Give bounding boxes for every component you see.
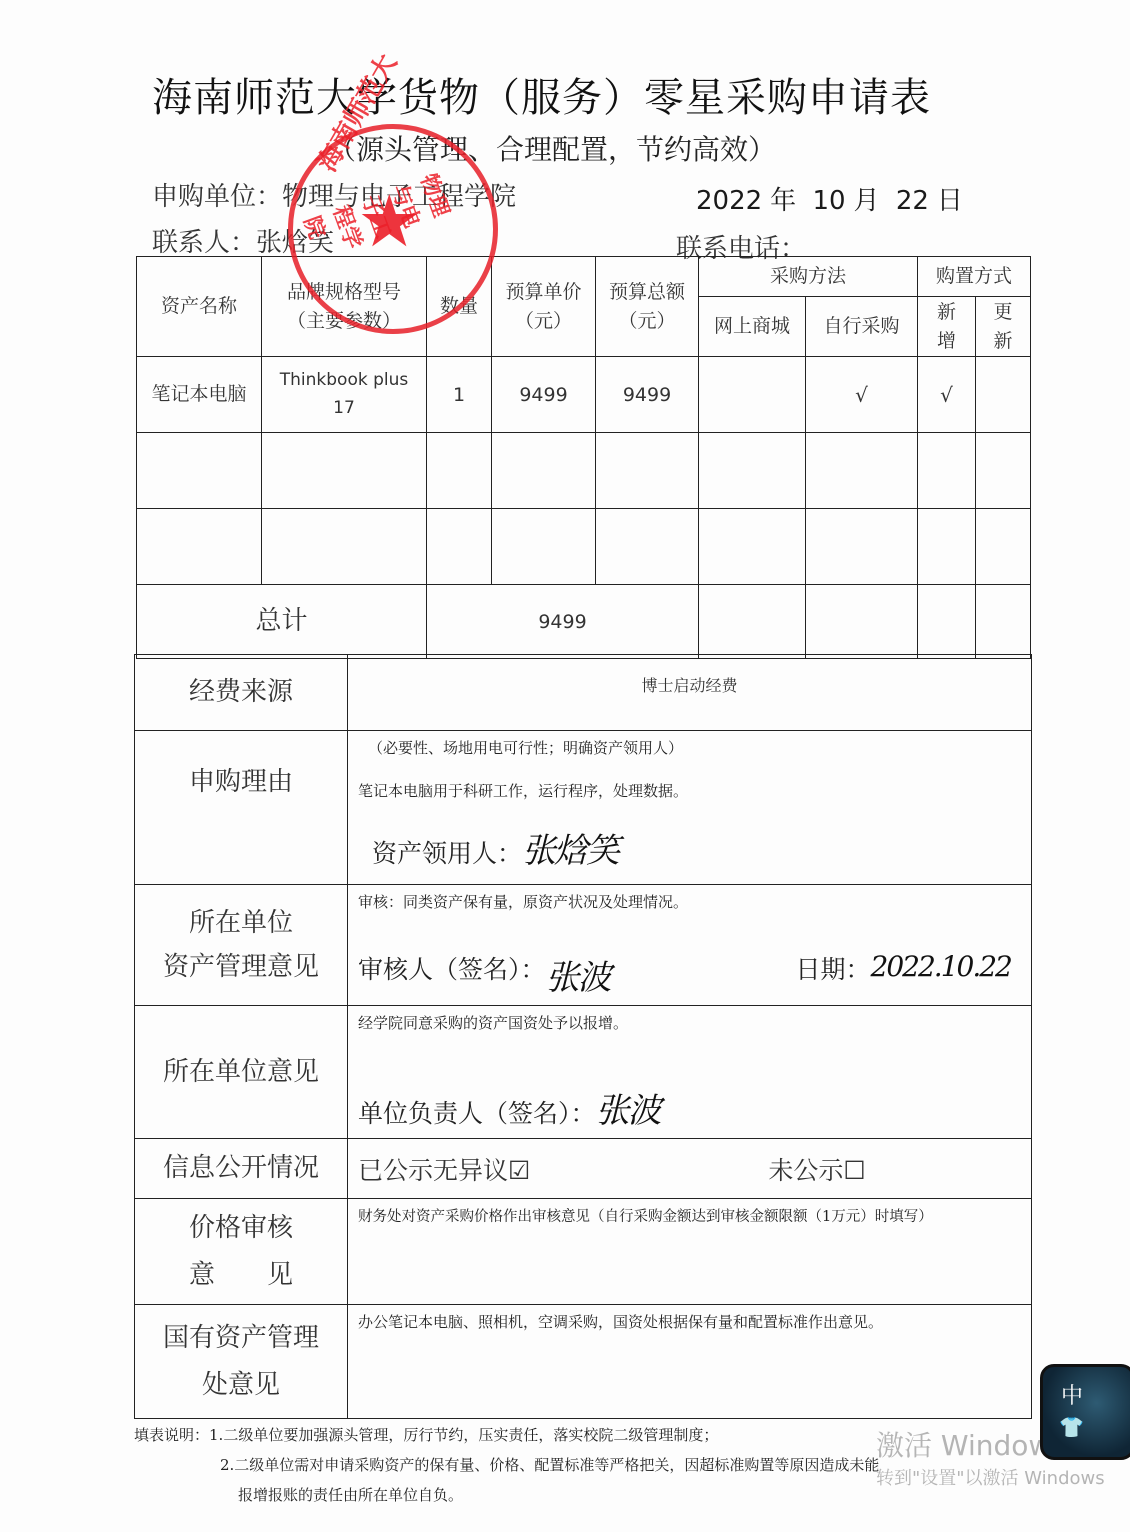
empty-box-icon[interactable]: ☐ [843, 1156, 865, 1185]
application-date: 2022年 10月 22日 [688, 180, 963, 217]
table-row: 笔记本电脑 Thinkbook plus 17 1 9499 9499 √ √ [137, 357, 1031, 433]
state-asset-row: 国有资产管理 处意见 办公笔记本电脑、照相机，空调采购，国资处根据保有量和配置标… [135, 1305, 1032, 1419]
disclosure-unpublished-label: 未公示 [768, 1156, 843, 1185]
cell-acquire-new [918, 509, 976, 585]
cell-asset-name: 笔记本电脑 [137, 357, 262, 433]
contact-label: 联系人： [152, 228, 256, 258]
unit-asset-opinion-hint: 审核：同类资产保有量，原资产状况及处理情况。 [358, 891, 1021, 912]
cell-acquire-update [976, 433, 1031, 509]
header-acquire-update: 更 新 [976, 297, 1031, 357]
checked-box-icon[interactable]: ☑ [508, 1156, 530, 1185]
disclosure-unpublished-option[interactable]: 未公示☐ [768, 1156, 865, 1185]
header-acquire-update-line2: 新 [976, 327, 1030, 356]
price-review-label-line1: 价格审核 [135, 1205, 347, 1252]
opinions-table: 经费来源 博士启动经费 申购理由 （必要性、场地用电可行性；明确资产领用人） 笔… [134, 654, 1032, 1419]
disclosure-label: 信息公开情况 [135, 1139, 348, 1199]
unit-head-signature: 张波 [596, 1091, 660, 1131]
date-year: 2022 [696, 186, 762, 216]
instructions-note-3: 报增报账的责任由所在单位自负。 [134, 1480, 879, 1510]
state-asset-label: 国有资产管理 处意见 [135, 1305, 348, 1419]
form-instructions: 填表说明：1.二级单位要加强源头管理，厉行节约，压实责任，落实校院二级管理制度；… [134, 1420, 879, 1510]
ime-language-toggle[interactable]: 中 [1061, 1379, 1083, 1410]
header-method-online: 网上商城 [699, 297, 806, 357]
total-empty-cell [699, 585, 806, 659]
table-row [137, 433, 1031, 509]
cell-method-self [806, 509, 918, 585]
total-value: 9499 [427, 585, 699, 659]
cell-asset-name [137, 433, 262, 509]
header-acquire-new-line2: 增 [918, 327, 975, 356]
disclosure-published-label: 已公示无异议 [358, 1156, 508, 1185]
state-asset-label-line1: 国有资产管理 [135, 1315, 347, 1362]
price-review-hint: 财务处对资产采购价格作出审核意见（自行采购金额达到审核金额限额（1万元）时填写） [358, 1205, 1021, 1226]
header-acquire-update-line1: 更 [976, 298, 1030, 327]
asset-user-line: 资产领用人：张焓笑 [358, 823, 1021, 872]
header-total: 预算总额 （元） [596, 257, 699, 357]
asset-user-signature: 张焓笑 [522, 831, 618, 871]
cell-acquire-update [976, 357, 1031, 433]
table-row [137, 509, 1031, 585]
asset-user-label: 资产领用人： [372, 839, 522, 868]
header-unit-price-line1: 预算单价 [492, 278, 595, 307]
disclosure-row: 信息公开情况 已公示无异议☑ 未公示☐ [135, 1139, 1032, 1199]
header-brand-spec: 品牌规格型号 （主要参数） [262, 257, 427, 357]
price-review-row: 价格审核 意 见 财务处对资产采购价格作出审核意见（自行采购金额达到审核金额限额… [135, 1199, 1032, 1305]
cell-total: 9499 [596, 357, 699, 433]
reviewer-label: 审核人（签名）： [358, 950, 546, 999]
unit-opinion-row: 所在单位意见 经学院同意采购的资产国资处予以报增。 单位负责人（签名）：张波 [135, 1006, 1032, 1139]
unit-asset-opinion-row: 所在单位 资产管理意见 审核：同类资产保有量，原资产状况及处理情况。 审核人（签… [135, 885, 1032, 1006]
header-total-line1: 预算总额 [596, 278, 698, 307]
unit-opinion-content: 经学院同意采购的资产国资处予以报增。 单位负责人（签名）：张波 [348, 1006, 1032, 1139]
reason-label: 申购理由 [135, 731, 348, 885]
header-brand-spec-line2: （主要参数） [262, 307, 426, 336]
items-table: 资产名称 品牌规格型号 （主要参数） 数量 预算单价 （元） 预算总额 （元） … [136, 256, 1031, 659]
header-total-line2: （元） [596, 307, 698, 336]
ime-skin-icon[interactable]: 👕 [1059, 1415, 1084, 1439]
cell-method-online [699, 357, 806, 433]
unit-asset-opinion-label-line1: 所在单位 [135, 901, 347, 945]
header-brand-spec-line1: 品牌规格型号 [262, 278, 426, 307]
total-empty-cell [976, 585, 1031, 659]
header-acquire-new-line1: 新 [918, 298, 975, 327]
header-quantity: 数量 [427, 257, 492, 357]
contact-person: 联系人：张焓笑 [152, 222, 334, 259]
cell-method-self [806, 433, 918, 509]
applicant-unit-label: 申购单位： [152, 182, 282, 212]
cell-spec-line2: 17 [262, 395, 426, 422]
price-review-content: 财务处对资产采购价格作出审核意见（自行采购金额达到审核金额限额（1万元）时填写） [348, 1199, 1032, 1305]
applicant-unit: 申购单位：物理与电子工程学院 [152, 176, 516, 213]
form-subtitle: （源头管理、合理配置，节约高效） [328, 128, 776, 168]
cell-quantity: 1 [427, 357, 492, 433]
ime-floating-toolbar[interactable]: 中 👕 [1040, 1364, 1130, 1460]
unit-asset-opinion-content: 审核：同类资产保有量，原资产状况及处理情况。 审核人（签名）：张波 日期：202… [348, 885, 1032, 1006]
cell-method-self: √ [806, 357, 918, 433]
unit-opinion-text: 经学院同意采购的资产国资处予以报增。 [358, 1012, 1021, 1033]
reviewer-line: 审核人（签名）：张波 日期：2022.10.22 [358, 950, 1021, 999]
state-asset-content: 办公笔记本电脑、照相机，空调采购，国资处根据保有量和配置标准作出意见。 [348, 1305, 1032, 1419]
cell-method-online [699, 509, 806, 585]
date-day: 22 [896, 186, 929, 216]
reason-row: 申购理由 （必要性、场地用电可行性；明确资产领用人） 笔记本电脑用于科研工作，运… [135, 731, 1032, 885]
cell-method-online [699, 433, 806, 509]
funding-row: 经费来源 博士启动经费 [135, 655, 1032, 731]
disclosure-published-option[interactable]: 已公示无异议☑ [358, 1156, 538, 1185]
funding-label: 经费来源 [135, 655, 348, 731]
reason-text: 笔记本电脑用于科研工作，运行程序，处理数据。 [358, 780, 1021, 801]
header-acquire-new: 新 增 [918, 297, 976, 357]
applicant-unit-value: 物理与电子工程学院 [282, 182, 516, 212]
cell-acquire-new [918, 433, 976, 509]
instructions-line-1: 填表说明：1.二级单位要加强源头管理，厉行节约，压实责任，落实校院二级管理制度； [134, 1420, 879, 1450]
unit-head-label: 单位负责人（签名）： [358, 1099, 596, 1128]
total-empty-cell [918, 585, 976, 659]
total-label: 总计 [137, 585, 427, 659]
reason-content: （必要性、场地用电可行性；明确资产领用人） 笔记本电脑用于科研工作，运行程序，处… [348, 731, 1032, 885]
cell-unit-price [492, 433, 596, 509]
header-unit-price: 预算单价 （元） [492, 257, 596, 357]
reviewer-signature: 张波 [546, 950, 796, 999]
watermark-line-2: 转到"设置"以激活 Windows [876, 1464, 1105, 1490]
cell-spec: Thinkbook plus 17 [262, 357, 427, 433]
state-asset-hint: 办公笔记本电脑、照相机，空调采购，国资处根据保有量和配置标准作出意见。 [358, 1311, 1021, 1332]
unit-head-line: 单位负责人（签名）：张波 [358, 1083, 1021, 1132]
cell-total [596, 509, 699, 585]
cell-acquire-new: √ [918, 357, 976, 433]
date-month: 10 [812, 186, 845, 216]
unit-opinion-label: 所在单位意见 [135, 1006, 348, 1139]
disclosure-content: 已公示无异议☑ 未公示☐ [348, 1139, 1032, 1199]
date-month-label: 月 [854, 186, 880, 216]
contact-value: 张焓笑 [256, 228, 334, 258]
cell-spec [262, 433, 427, 509]
cell-quantity [427, 433, 492, 509]
date-year-label: 年 [770, 186, 796, 216]
cell-unit-price: 9499 [492, 357, 596, 433]
state-asset-label-line2: 处意见 [135, 1362, 347, 1409]
review-date-label: 日期： [796, 950, 871, 999]
header-method-self: 自行采购 [806, 297, 918, 357]
header-asset-name: 资产名称 [137, 257, 262, 357]
cell-acquire-update [976, 509, 1031, 585]
header-acquire: 购置方式 [918, 257, 1031, 297]
instructions-note-1: 1.二级单位要加强源头管理，厉行节约，压实责任，落实校院二级管理制度； [209, 1426, 718, 1444]
form-title: 海南师范大学货物（服务）零星采购申请表 [152, 66, 931, 123]
price-review-label: 价格审核 意 见 [135, 1199, 348, 1305]
instructions-note-2: 2.二级单位需对申请采购资产的保有量、价格、配置标准等严格把关，因超标准购置等原… [134, 1450, 879, 1480]
cell-quantity [427, 509, 492, 585]
funding-value: 博士启动经费 [348, 655, 1032, 731]
review-date-value: 2022.10.22 [871, 950, 1011, 999]
cell-total [596, 433, 699, 509]
date-day-label: 日 [937, 186, 963, 216]
reason-hint: （必要性、场地用电可行性；明确资产领用人） [358, 737, 1021, 758]
cell-spec-line1: Thinkbook plus [262, 367, 426, 394]
unit-asset-opinion-label-line2: 资产管理意见 [135, 945, 347, 989]
total-empty-cell [806, 585, 918, 659]
cell-unit-price [492, 509, 596, 585]
header-method: 采购方法 [699, 257, 918, 297]
price-review-label-line2: 意 见 [135, 1252, 347, 1299]
total-row: 总计 9499 [137, 585, 1031, 659]
header-unit-price-line2: （元） [492, 307, 595, 336]
cell-spec [262, 509, 427, 585]
unit-asset-opinion-label: 所在单位 资产管理意见 [135, 885, 348, 1006]
instructions-label: 填表说明： [134, 1426, 209, 1444]
cell-asset-name [137, 509, 262, 585]
